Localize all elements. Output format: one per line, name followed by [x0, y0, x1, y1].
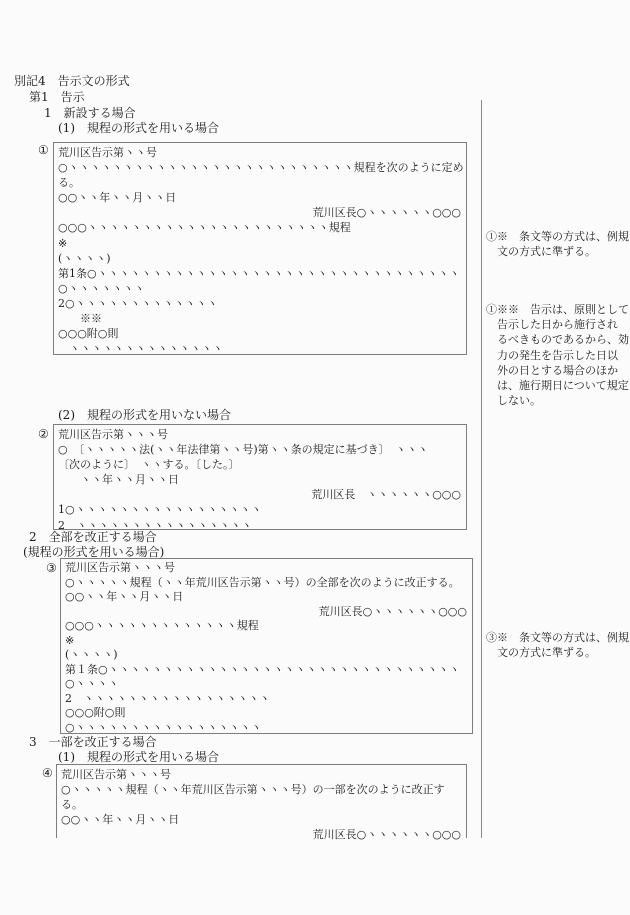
heading-sub1: 1 新設する場合	[44, 106, 136, 121]
box-line: ○○ヽヽ年ヽヽ月ヽヽ日	[58, 190, 463, 205]
box1-marker: ①	[38, 143, 49, 157]
box3-marker: ③	[46, 561, 57, 575]
box-line: 荒川区告示第ヽヽヽ号	[61, 767, 463, 782]
box-line: ※	[65, 634, 469, 649]
box-line: 2○ヽヽヽヽヽヽヽヽヽヽヽヽヽ	[58, 296, 463, 311]
box-line: 第1条○ヽヽヽヽヽヽヽヽヽヽヽヽヽヽヽヽヽヽヽヽヽヽヽヽヽヽヽヽヽヽヽヽヽ	[58, 266, 463, 281]
note-line: ③※ 条文等の方式は、例規	[486, 630, 630, 645]
box-line: 荒川区長○ヽヽヽヽヽヽ○○○	[58, 205, 463, 220]
heading-sub2: 2 全部を改正する場合	[29, 530, 157, 545]
box2-marker: ②	[38, 427, 49, 441]
heading-sub1-1: (1) 規程の形式を用いる場合	[58, 121, 219, 136]
box-line: ○ヽヽヽヽヽヽヽヽヽヽヽヽヽヽヽヽヽ	[65, 721, 469, 736]
box-line: ※	[58, 236, 463, 251]
note-line: るべきものであるから、効	[486, 332, 630, 347]
box-line: ○ヽヽヽヽヽ規程（ヽヽ年荒川区告示第ヽヽヽ号）の一部を次のように改正す	[61, 782, 463, 797]
box-line: 荒川区長○ヽヽヽヽヽヽ○○○	[61, 827, 463, 842]
heading-section1: 第1 告示	[29, 90, 85, 105]
box-line: 荒川区告示第ヽヽ号	[58, 145, 463, 160]
box-line: 荒川区長 ヽヽヽヽヽヽ○○○	[58, 487, 463, 502]
box-line: ヽヽヽヽヽヽヽヽヽヽヽヽヽヽ	[58, 341, 463, 356]
box-line: 2 ヽヽヽヽヽヽヽヽヽヽヽヽヽヽヽヽヽ	[65, 692, 469, 707]
box-line: ○○ヽヽ年ヽヽ月ヽヽ日	[65, 590, 469, 605]
note-line: 文の方式に準ずる。	[486, 244, 630, 259]
heading-sub3: 3 一部を改正する場合	[29, 735, 157, 750]
note-line: しない。	[486, 393, 630, 408]
doc-title: 別記4 告示文の形式	[14, 74, 130, 89]
box-line: 〔次のように〕 ヽヽする。〔した。〕	[58, 457, 463, 472]
note-line: ①※※ 告示は、原則として	[486, 302, 630, 317]
box-line: (ヽヽヽヽ)	[58, 251, 463, 266]
box-line: ○○○ヽヽヽヽヽヽヽヽヽヽヽヽヽ規程	[65, 619, 469, 634]
box4-marker: ④	[42, 766, 53, 780]
box-line: 第１条○ヽヽヽヽヽヽヽヽヽヽヽヽヽヽヽヽヽヽヽヽヽヽヽヽヽヽヽヽヽヽヽヽ	[65, 663, 469, 678]
box-line: ○ 〔ヽヽヽヽヽ法(ヽヽ年法律第ヽヽ号)第ヽヽ条の規定に基づき〕 ヽヽヽ	[58, 442, 463, 457]
heading-sub1-2: (2) 規程の形式を用いない場合	[58, 408, 231, 423]
template-box-1: 荒川区告示第ヽヽ号○ヽヽヽヽヽヽヽヽヽヽヽヽヽヽヽヽヽヽヽヽヽヽヽヽヽヽ規程を次…	[53, 142, 467, 355]
note-line: 外の日とする場合のほか	[486, 363, 630, 378]
note-line: 告示した日から施行され	[486, 317, 630, 332]
box-line: ○○○附○則	[65, 706, 469, 721]
margin-divider-line	[481, 100, 482, 838]
box-line: ○ヽヽヽヽヽ規程（ヽヽ年荒川区告示第ヽヽ号）の全部を次のように改正する。	[65, 576, 469, 591]
box-line: ※※	[58, 311, 463, 326]
box-line: ○○○ヽヽヽヽヽヽヽヽヽヽヽヽヽヽヽヽヽヽヽヽヽヽ規程	[58, 220, 463, 235]
template-box-2: 荒川区告示第ヽヽヽ号○ 〔ヽヽヽヽヽ法(ヽヽ年法律第ヽヽ号)第ヽヽ条の規定に基づ…	[53, 424, 467, 530]
heading-sub3-1: (1) 規程の形式を用いる場合	[58, 750, 219, 765]
note-line: は、施行期日について規定	[486, 378, 630, 393]
box-line: 荒川区告示第ヽヽヽ号	[58, 427, 463, 442]
box-line: 荒川区告示第ヽヽヽ号	[65, 561, 469, 576]
note-line: ①※ 条文等の方式は、例規	[486, 229, 630, 244]
template-box-4: 荒川区告示第ヽヽヽ号○ヽヽヽヽヽ規程（ヽヽ年荒川区告示第ヽヽヽ号）の一部を次のよ…	[56, 764, 467, 838]
box-line: る。	[58, 175, 463, 190]
note-line: 文の方式に準ずる。	[486, 645, 630, 660]
box-line: ○ヽヽヽヽヽヽヽ	[58, 281, 463, 296]
box-line: ○○○附○則	[58, 326, 463, 341]
box-line: 荒川区長○ヽヽヽヽヽヽ○○○	[65, 605, 469, 620]
box-line: 1○ヽヽヽヽヽヽヽヽヽヽヽヽヽヽヽヽヽ	[58, 502, 463, 517]
box-line: る。	[61, 797, 463, 812]
side-note-2: ①※※ 告示は、原則として告示した日から施行されるべきものであるから、効力の発生…	[486, 302, 630, 408]
template-box-3: 荒川区告示第ヽヽヽ号○ヽヽヽヽヽ規程（ヽヽ年荒川区告示第ヽヽ号）の全部を次のよう…	[60, 558, 473, 734]
box-line: ヽヽ年ヽヽ月ヽヽ日	[58, 472, 463, 487]
side-note-3: ③※ 条文等の方式は、例規文の方式に準ずる。	[486, 630, 630, 660]
note-line: 力の発生を告示した日以	[486, 348, 630, 363]
box-line: (ヽヽヽヽ)	[65, 648, 469, 663]
box-line: ○○ヽヽ年ヽヽ月ヽヽ日	[61, 812, 463, 827]
document-page: 別記4 告示文の形式 第1 告示 1 新設する場合 (1) 規程の形式を用いる場…	[0, 0, 630, 915]
box-line: ○ヽヽヽヽヽヽヽヽヽヽヽヽヽヽヽヽヽヽヽヽヽヽヽヽヽヽ規程を次のように定め	[58, 160, 463, 175]
side-note-1: ①※ 条文等の方式は、例規文の方式に準ずる。	[486, 229, 630, 259]
box-line: ○ヽヽヽヽ	[65, 677, 469, 692]
